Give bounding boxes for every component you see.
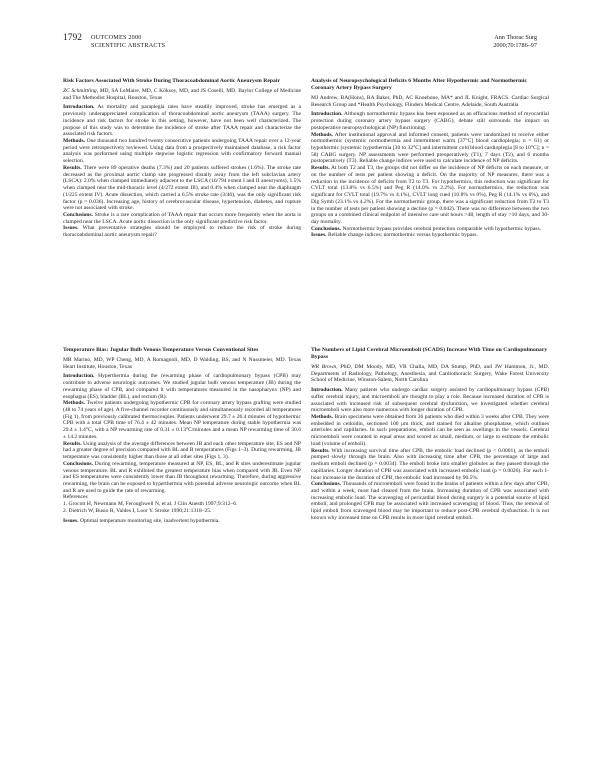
abstract-authors: MJ Andrew, BA(Hons), RA Baker, PhD, AC K… <box>311 95 549 108</box>
abstract-title: Analysis of Neuropsychological Deficits … <box>311 78 549 92</box>
section-text: Although normothermic bypass has been es… <box>311 111 549 130</box>
section-results: Results. With increasing survival time a… <box>311 448 549 482</box>
co-authors: MJ Andrew, BA(Hons), RA Baker, PhD, AC K… <box>311 95 549 108</box>
section-text: As mortality and paraplegia rates have s… <box>63 104 301 137</box>
lead-author: WR Brown, PhD, <box>311 364 352 370</box>
section-label: Introduction. <box>311 111 343 117</box>
section-results: Results. Using analysis of the average d… <box>63 441 301 461</box>
journal-volume: 2000;70:1786–97 <box>493 42 537 50</box>
abstract-authors: MR Marino, MD, WP Cheng, MD, A Romagnoli… <box>63 357 301 370</box>
page-header: 1792 OUTCOMES 2000 SCIENTIFIC ABSTRACTS … <box>63 33 537 53</box>
section-label: Issues. <box>63 518 79 524</box>
section-introduction: Introduction. Although normothermic bypa… <box>311 111 549 131</box>
section-text: There were 89 operative deaths (7.3%) an… <box>63 165 301 211</box>
section-text: During rewarming, temperature measured a… <box>63 461 301 494</box>
lead-author: ZC Schmittling, MD, <box>63 88 110 94</box>
section-introduction: Introduction. As mortality and paraplegi… <box>63 104 301 138</box>
abstract-title: The Numbers of Lipid Cerebral Microembol… <box>311 347 549 361</box>
section-text: With increasing survival time after CPB,… <box>311 448 549 481</box>
section-label: Issues. <box>63 225 79 231</box>
section-introduction: Introduction. Many patients who undergo … <box>311 387 549 414</box>
references-heading: References <box>63 494 301 501</box>
section-text: What preventative strategies should be e… <box>63 225 301 238</box>
abstract-lipid-microemboli: The Numbers of Lipid Cerebral Microembol… <box>311 347 549 522</box>
section-text: Reliable change indices; normothermic ve… <box>327 232 478 238</box>
abstract-temperature-bias: Temperature Bias: Jugular Bulb Venous Te… <box>63 347 301 524</box>
section-label: Methods. <box>63 400 85 406</box>
section-results: Results. There were 89 operative deaths … <box>63 165 301 212</box>
section-heading: OUTCOMES 2000 SCIENTIFIC ABSTRACTS <box>91 34 165 50</box>
section-conclusions: Conclusions. Thousands of microemboli we… <box>311 481 549 521</box>
section-line-2: SCIENTIFIC ABSTRACTS <box>91 42 165 50</box>
section-label: Results. <box>63 165 82 171</box>
section-methods: Methods. After institutional approval an… <box>311 132 549 166</box>
section-methods: Methods. One thousand two hundred twenty… <box>63 138 301 165</box>
section-methods: Methods. Brain specimens were obtained f… <box>311 414 549 448</box>
abstract-authors: ZC Schmittling, MD, SA LeMaire, MD, C Kö… <box>63 88 301 101</box>
abstract-title: Temperature Bias: Jugular Bulb Venous Te… <box>63 347 301 354</box>
journal-citation: Ann Thorac Surg 2000;70:1786–97 <box>493 34 537 50</box>
section-label: Results. <box>311 165 330 171</box>
reference-item: 2. Dietrich W, Busio R, Valdes I, Loor Y… <box>63 508 301 515</box>
section-text: Normothermic bypass provides cerebral pr… <box>341 226 541 232</box>
section-text: Stroke is a rare complication of TAAA re… <box>63 212 301 225</box>
section-label: Introduction. <box>311 387 343 393</box>
section-conclusions: Conclusions. During rewarming, temperatu… <box>63 461 301 495</box>
abstract-stroke-taaa: Risk Factors Associated With Stroke Duri… <box>63 78 301 239</box>
co-authors: MR Marino, MD, WP Cheng, MD, A Romagnoli… <box>63 357 301 370</box>
section-introduction: Introduction. Hyperthermia during the re… <box>63 373 301 400</box>
journal-name: Ann Thorac Surg <box>493 34 537 42</box>
section-text: Thousands of microemboli were found in t… <box>311 481 549 521</box>
section-label: Methods. <box>311 414 333 420</box>
references-list: 1. Grocott H, Newmann M, Feroughwell N, … <box>63 501 301 514</box>
section-line-1: OUTCOMES 2000 <box>91 34 165 42</box>
page-number: 1792 <box>63 33 82 43</box>
section-label: Methods. <box>311 132 333 138</box>
abstract-authors: WR Brown, PhD, DM Moody, MD, VR Challa, … <box>311 364 549 384</box>
section-results: Results. At both T2 and T3, the groups d… <box>311 165 549 225</box>
section-issues: Issues. Reliable change indices; normoth… <box>311 232 549 239</box>
section-label: Conclusions. <box>311 226 341 232</box>
section-label: Introduction. <box>63 104 95 110</box>
section-text: Many patients who undergo cardiac surger… <box>311 387 549 413</box>
section-text: After institutional approval and informe… <box>311 132 549 165</box>
section-methods: Methods. Twelve patients undergoing hypo… <box>63 400 301 440</box>
section-issues: Issues. Optimal temperature monitoring s… <box>63 518 301 525</box>
section-text: Twelve patients undergoing hypothermic C… <box>63 400 301 440</box>
section-text: Hyperthermia during the rewarming phase … <box>63 373 301 399</box>
section-label: Conclusions. <box>63 212 93 218</box>
section-conclusions: Conclusions. Stroke is a rare complicati… <box>63 212 301 225</box>
section-issues: Issues. What preventative strategies sho… <box>63 225 301 238</box>
abstract-title: Risk Factors Associated With Stroke Duri… <box>63 78 301 85</box>
section-label: Conclusions. <box>63 461 93 467</box>
section-conclusions: Conclusions. Normothermic bypass provide… <box>311 226 549 233</box>
section-text: Optimal temperature monitoring site, ina… <box>79 518 220 524</box>
section-text: One thousand two hundred twenty consecut… <box>63 138 301 164</box>
section-text: At both T2 and T3, the groups did not di… <box>311 165 549 225</box>
section-label: Introduction. <box>63 373 95 379</box>
reference-item: 1. Grocott H, Newmann M, Feroughwell N, … <box>63 501 301 508</box>
section-text: Using analysis of the average difference… <box>63 441 301 460</box>
section-label: Results. <box>63 441 82 447</box>
section-label: Results. <box>311 448 330 454</box>
section-label: Methods. <box>63 138 85 144</box>
section-label: Conclusions. <box>311 481 341 487</box>
abstract-neuropsych-deficits: Analysis of Neuropsychological Deficits … <box>311 78 549 239</box>
section-text: Brain specimens were obtained from 36 pa… <box>311 414 549 447</box>
section-label: Issues. <box>311 232 327 238</box>
